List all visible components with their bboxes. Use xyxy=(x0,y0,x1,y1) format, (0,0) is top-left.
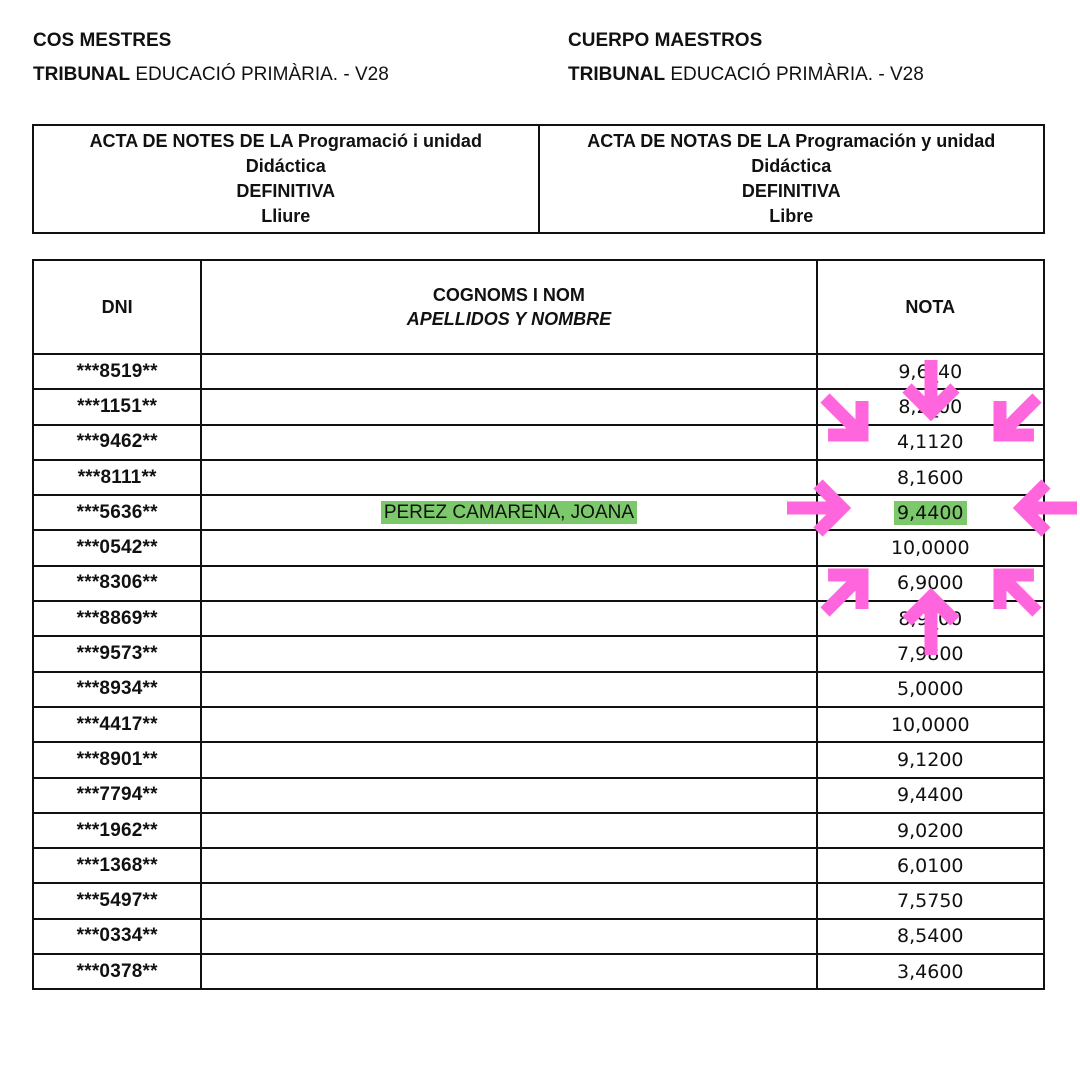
header-right: CUERPO MAESTROS TRIBUNAL EDUCACIÓ PRIMÀR… xyxy=(568,24,924,92)
dni-cell: ***1962** xyxy=(33,813,201,848)
status-label: DEFINITIVA xyxy=(540,179,1044,204)
table-header-row: DNI COGNOMS I NOM APELLIDOS Y NOMBRE NOT… xyxy=(33,260,1044,354)
name-cell xyxy=(201,778,816,813)
grade-cell: 7,9800 xyxy=(817,636,1044,671)
grade-value: 6,9000 xyxy=(897,572,963,594)
table-row: ***9573**7,9800 xyxy=(33,636,1044,671)
grade-cell: 9,1200 xyxy=(817,742,1044,777)
grade-cell: 6,0100 xyxy=(817,848,1044,883)
grade-value: 10,0000 xyxy=(891,714,970,736)
grade-cell: 4,1120 xyxy=(817,425,1044,460)
dni-cell: ***0542** xyxy=(33,530,201,565)
table-row: ***8111**8,1600 xyxy=(33,460,1044,495)
table-row: ***0378**3,4600 xyxy=(33,954,1044,989)
header-left: COS MESTRES TRIBUNAL EDUCACIÓ PRIMÀRIA. … xyxy=(33,24,389,92)
name-cell xyxy=(201,460,816,495)
title-line: ACTA DE NOTAS DE LA Programación y unida… xyxy=(540,129,1044,154)
name-cell xyxy=(201,530,816,565)
dni-cell: ***9462** xyxy=(33,425,201,460)
status-label: DEFINITIVA xyxy=(34,179,538,204)
name-cell xyxy=(201,919,816,954)
grade-value: 8,1600 xyxy=(897,467,963,489)
dni-cell: ***8111** xyxy=(33,460,201,495)
name-cell xyxy=(201,389,816,424)
grade-cell: 8,9_00 xyxy=(817,601,1044,636)
grade-value: 5,0000 xyxy=(897,678,963,700)
grade-cell: 10,0000 xyxy=(817,707,1044,742)
grade-cell: 8,2_00 xyxy=(817,389,1044,424)
dni-cell: ***1151** xyxy=(33,389,201,424)
name-cell: PEREZ CAMARENA, JOANA xyxy=(201,495,816,530)
dni-cell: ***4417** xyxy=(33,707,201,742)
table-row: ***0334**8,5400 xyxy=(33,919,1044,954)
table-row: ***1151**8,2_00 xyxy=(33,389,1044,424)
grade-cell: 9,4400 xyxy=(817,495,1044,530)
grade-value: 10,0000 xyxy=(891,537,970,559)
dni-cell: ***8901** xyxy=(33,742,201,777)
access-type-label: Lliure xyxy=(34,204,538,229)
table-row: ***4417**10,0000 xyxy=(33,707,1044,742)
column-header-name-ca: COGNOMS I NOM xyxy=(202,283,815,307)
grade-cell: 8,5400 xyxy=(817,919,1044,954)
grade-cell: 7,5750 xyxy=(817,883,1044,918)
grade-value: 6,0100 xyxy=(897,855,963,877)
name-cell xyxy=(201,636,816,671)
grade-value: 9,6_40 xyxy=(898,361,962,383)
tribunal-value: EDUCACIÓ PRIMÀRIA. - V28 xyxy=(130,64,389,85)
dni-cell: ***0378** xyxy=(33,954,201,989)
grade-cell: 8,1600 xyxy=(817,460,1044,495)
name-cell xyxy=(201,813,816,848)
title-line: Didáctica xyxy=(540,154,1044,179)
grade-cell: 3,4600 xyxy=(817,954,1044,989)
grade-value: 7,9800 xyxy=(897,643,963,665)
name-cell xyxy=(201,742,816,777)
name-cell xyxy=(201,354,816,389)
grade-cell: 9,4400 xyxy=(817,778,1044,813)
table-row: ***1962**9,0200 xyxy=(33,813,1044,848)
table-row: ***0542**10,0000 xyxy=(33,530,1044,565)
name-cell xyxy=(201,601,816,636)
table-row: ***5636**PEREZ CAMARENA, JOANA9,4400 xyxy=(33,495,1044,530)
name-cell xyxy=(201,425,816,460)
grade-value: 3,4600 xyxy=(897,961,963,983)
name-cell xyxy=(201,707,816,742)
name-text: PEREZ CAMARENA, JOANA xyxy=(381,501,637,524)
grade-value: 4,1120 xyxy=(897,431,963,453)
dni-cell: ***1368** xyxy=(33,848,201,883)
grade-cell: 9,6_40 xyxy=(817,354,1044,389)
dni-cell: ***8306** xyxy=(33,566,201,601)
grade-value: 9,4400 xyxy=(894,501,966,525)
column-header-name: COGNOMS I NOM APELLIDOS Y NOMBRE xyxy=(201,260,816,354)
dni-cell: ***8869** xyxy=(33,601,201,636)
name-cell xyxy=(201,672,816,707)
table-row: ***8519**9,6_40 xyxy=(33,354,1044,389)
table-row: ***7794**9,4400 xyxy=(33,778,1044,813)
title-line: Didáctica xyxy=(34,154,538,179)
name-cell xyxy=(201,848,816,883)
table-row: ***8306**6,9000 xyxy=(33,566,1044,601)
grade-value: 9,1200 xyxy=(897,749,963,771)
dni-cell: ***8519** xyxy=(33,354,201,389)
dni-cell: ***8934** xyxy=(33,672,201,707)
title-box: ACTA DE NOTES DE LA Programació i unidad… xyxy=(32,124,1045,234)
body-label: CUERPO MAESTROS xyxy=(568,30,762,51)
access-type-label: Libre xyxy=(540,204,1044,229)
tribunal-label: TRIBUNAL xyxy=(33,64,130,85)
table-row: ***8869**8,9_00 xyxy=(33,601,1044,636)
name-cell xyxy=(201,566,816,601)
grades-table: DNI COGNOMS I NOM APELLIDOS Y NOMBRE NOT… xyxy=(32,259,1045,990)
dni-cell: ***0334** xyxy=(33,919,201,954)
grade-value: 7,5750 xyxy=(897,890,963,912)
dni-cell: ***5497** xyxy=(33,883,201,918)
column-header-nota: NOTA xyxy=(817,260,1044,354)
tribunal-value: EDUCACIÓ PRIMÀRIA. - V28 xyxy=(665,64,924,85)
table-row: ***9462**4,1120 xyxy=(33,425,1044,460)
name-cell xyxy=(201,954,816,989)
dni-cell: ***5636** xyxy=(33,495,201,530)
grade-cell: 10,0000 xyxy=(817,530,1044,565)
grade-value: 8,9_00 xyxy=(898,608,962,630)
table-row: ***8901**9,1200 xyxy=(33,742,1044,777)
title-box-spanish: ACTA DE NOTAS DE LA Programación y unida… xyxy=(539,125,1045,233)
grade-value: 9,0200 xyxy=(897,820,963,842)
grade-value: 9,4400 xyxy=(897,784,963,806)
dni-cell: ***7794** xyxy=(33,778,201,813)
table-row: ***1368**6,0100 xyxy=(33,848,1044,883)
body-label: COS MESTRES xyxy=(33,30,171,51)
grade-cell: 5,0000 xyxy=(817,672,1044,707)
tribunal-label: TRIBUNAL xyxy=(568,64,665,85)
column-header-name-es: APELLIDOS Y NOMBRE xyxy=(407,309,611,329)
grade-value: 8,5400 xyxy=(897,925,963,947)
column-header-dni: DNI xyxy=(33,260,201,354)
table-row: ***5497**7,5750 xyxy=(33,883,1044,918)
title-box-catalan: ACTA DE NOTES DE LA Programació i unidad… xyxy=(33,125,539,233)
grade-cell: 9,0200 xyxy=(817,813,1044,848)
name-cell xyxy=(201,883,816,918)
title-line: ACTA DE NOTES DE LA Programació i unidad xyxy=(34,129,538,154)
grade-value: 8,2_00 xyxy=(898,396,962,418)
grade-cell: 6,9000 xyxy=(817,566,1044,601)
dni-cell: ***9573** xyxy=(33,636,201,671)
table-row: ***8934**5,0000 xyxy=(33,672,1044,707)
